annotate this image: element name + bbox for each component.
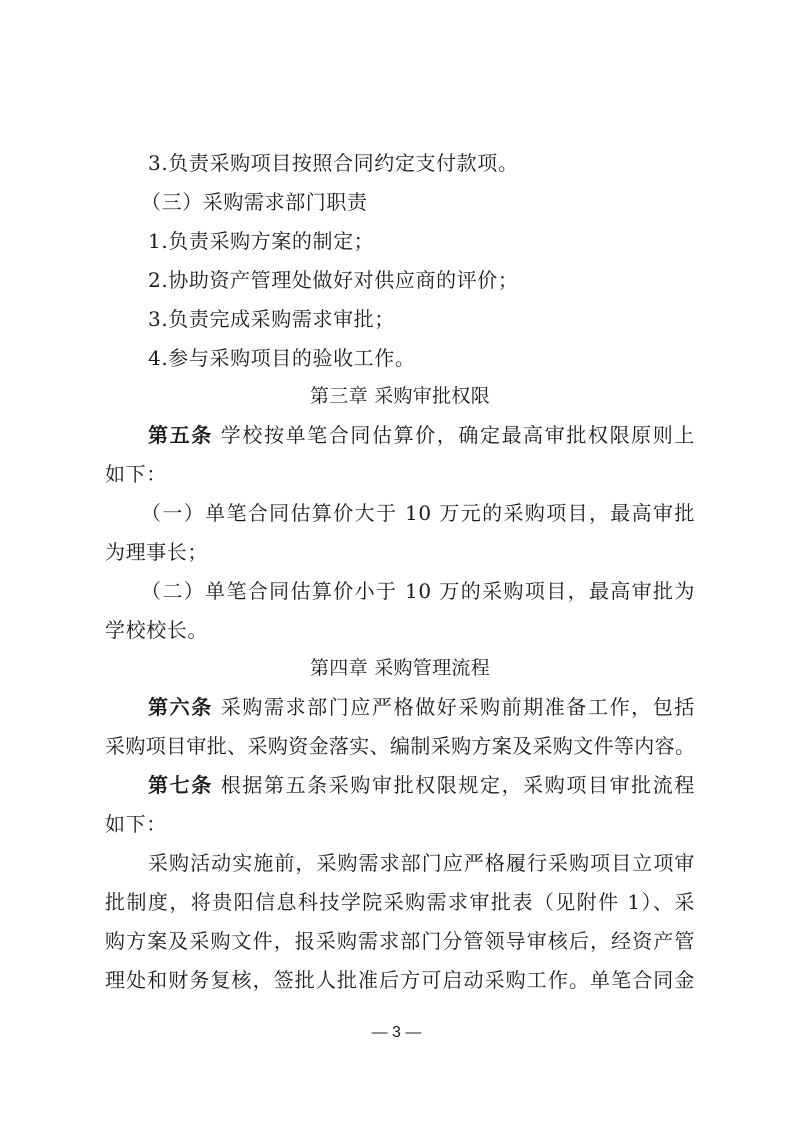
duty-item-4: 4.参与采购项目的验收工作。 [148, 345, 695, 371]
section-heading-demand-dept: （三）采购需求部门职责 [141, 189, 688, 215]
article-5-text: 学校按单笔合同估算价，确定最高审批权限原则上 [213, 423, 695, 447]
procedure-line-3: 购方案及采购文件，报采购需求部门分管领导审核后，经资产管 [105, 928, 695, 954]
article-5-line-2: 如下： [105, 461, 695, 487]
procedure-line-1: 采购活动实施前，采购需求部门应严格履行采购项目立项审 [148, 850, 695, 876]
procedure-line-4: 理处和财务复核，签批人批准后方可启动采购工作。单笔合同金 [105, 967, 695, 993]
duty-item-3-payment: 3.负责采购项目按照合同约定支付款项。 [148, 150, 695, 176]
item-1-line-1: （一）单笔合同估算价大于 10 万元的采购项目，最高审批 [141, 500, 695, 526]
article-6-line-1: 第六条 采购需求部门应严格做好采购前期准备工作，包括 [148, 694, 695, 720]
duty-item-1: 1.负责采购方案的制定； [148, 228, 695, 254]
article-5-line-1: 第五条 学校按单笔合同估算价，确定最高审批权限原则上 [148, 422, 695, 448]
duty-item-2: 2.协助资产管理处做好对供应商的评价； [148, 267, 695, 293]
article-6-text: 采购需求部门应严格做好采购前期准备工作，包括 [213, 695, 695, 719]
article-5-label: 第五条 [148, 423, 213, 447]
article-7-text: 根据第五条采购审批权限规定，采购项目审批流程 [213, 773, 695, 797]
duty-item-3: 3.负责完成采购需求审批； [148, 306, 695, 332]
chapter-3-title: 第三章 采购审批权限 [105, 383, 695, 409]
article-6-label: 第六条 [148, 695, 213, 719]
article-7-label: 第七条 [148, 773, 213, 797]
item-2-line-1: （二）单笔合同估算价小于 10 万的采购项目，最高审批为 [141, 578, 695, 604]
item-2-line-2: 学校校长。 [105, 617, 695, 643]
page-number: — 3 — [0, 1024, 793, 1042]
chapter-4-title: 第四章 采购管理流程 [105, 655, 695, 681]
article-7-line-2: 如下： [105, 811, 695, 837]
article-6-line-2: 采购项目审批、采购资金落实、编制采购方案及采购文件等内容。 [105, 733, 695, 759]
item-1-line-2: 为理事长； [105, 539, 695, 565]
article-7-line-1: 第七条 根据第五条采购审批权限规定，采购项目审批流程 [148, 772, 695, 798]
procedure-line-2: 批制度，将贵阳信息科技学院采购需求审批表（见附件 1）、采 [105, 889, 695, 915]
